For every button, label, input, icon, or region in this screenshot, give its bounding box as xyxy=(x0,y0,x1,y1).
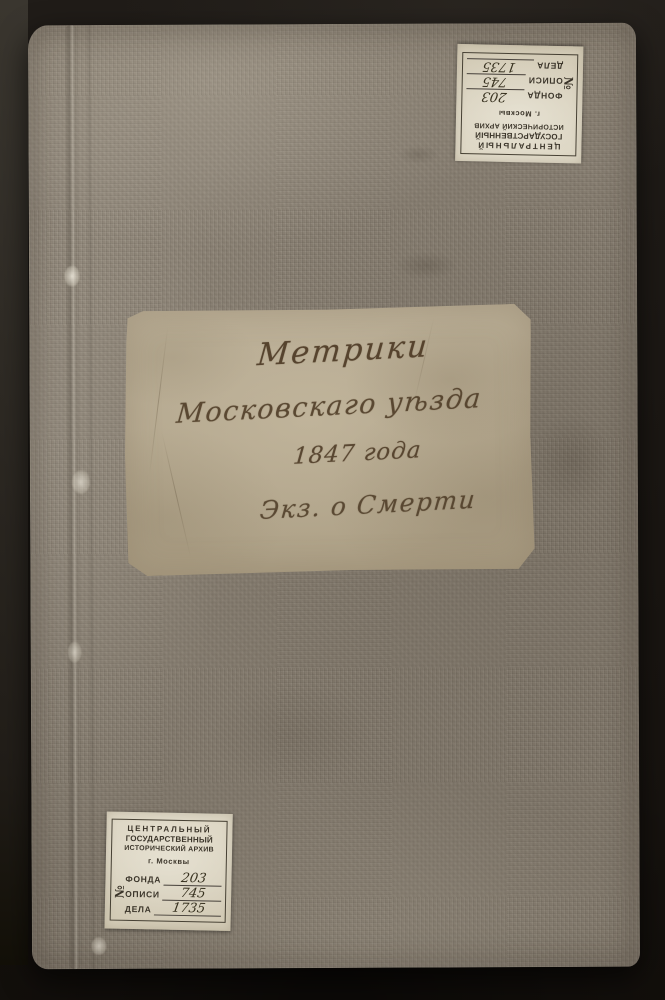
field-value-handwritten: 745 xyxy=(465,73,526,87)
fabric-stain xyxy=(381,245,471,285)
field-row-delo: ДЕЛА 1735 xyxy=(125,900,222,917)
numero-sign: № xyxy=(561,77,575,88)
title-label-paper: Метрики Московскаго уѣзда 1847 года Экз.… xyxy=(123,304,535,577)
frayed-spot xyxy=(88,933,110,959)
field-label: ОПИСИ xyxy=(528,74,563,86)
book-cover: ЦЕНТРАЛЬНЫЙ ГОСУДАРСТВЕННЫЙ ИСТОРИЧЕСКИЙ… xyxy=(28,23,640,970)
frayed-spot xyxy=(65,637,85,667)
frayed-spot xyxy=(68,465,94,499)
archive-field-rows: ФОНДА 203 ОПИСИ 745 ДЕЛА 1735 xyxy=(465,58,563,105)
field-label: ФОНДА xyxy=(527,89,563,101)
field-label: ФОНДА xyxy=(125,874,161,886)
paper-crease xyxy=(161,431,191,558)
field-value-handwritten: 203 xyxy=(464,88,524,102)
archive-city-line: г. Москвы xyxy=(465,107,573,119)
archive-label-bottom: ЦЕНТРАЛЬНЫЙ ГОСУДАРСТВЕННЫЙ ИСТОРИЧЕСКИЙ… xyxy=(104,811,232,931)
archive-name-line: ИСТОРИЧЕСКИЙ АРХИВ xyxy=(465,119,573,131)
fabric-stain xyxy=(388,141,448,167)
fabric-stain xyxy=(518,395,629,525)
field-value-handwritten: 1735 xyxy=(465,58,534,72)
fabric-stain xyxy=(181,664,402,805)
archive-label-top: ЦЕНТРАЛЬНЫЙ ГОСУДАРСТВЕННЫЙ ИСТОРИЧЕСКИЙ… xyxy=(455,44,583,164)
handwritten-title-line: 1847 года xyxy=(292,437,423,470)
numero-sign: № xyxy=(113,887,127,898)
archive-field-rows: ФОНДА 203 ОПИСИ 745 ДЕЛА 1735 xyxy=(125,870,223,917)
archive-name-line: ИСТОРИЧЕСКИЙ АРХИВ xyxy=(115,844,223,856)
field-value-handwritten: 203 xyxy=(163,873,223,887)
archive-label-frame: ЦЕНТРАЛЬНЫЙ ГОСУДАРСТВЕННЫЙ ИСТОРИЧЕСКИЙ… xyxy=(460,52,578,156)
photo-stage: ЦЕНТРАЛЬНЫЙ ГОСУДАРСТВЕННЫЙ ИСТОРИЧЕСКИЙ… xyxy=(0,0,665,1000)
field-row-opis: ОПИСИ 745 xyxy=(125,885,222,902)
field-row-fond: ФОНДА 203 xyxy=(125,870,222,887)
handwritten-title-line: Метрики xyxy=(256,328,431,373)
archive-city-line: г. Москвы xyxy=(115,856,223,868)
frayed-spot xyxy=(61,261,83,291)
field-value-handwritten: 745 xyxy=(162,888,223,902)
spine-fold-line xyxy=(86,25,96,969)
field-row-fond: ФОНДА 203 xyxy=(465,88,562,105)
background-shelf-edge xyxy=(0,0,28,965)
archive-fields: № ФОНДА 203 ОПИСИ 745 ДЕЛА 1735 xyxy=(465,58,574,105)
handwritten-title-line: Московскаго уѣзда xyxy=(175,383,483,430)
field-label: ОПИСИ xyxy=(125,889,160,901)
archive-label-frame: ЦЕНТРАЛЬНЫЙ ГОСУДАРСТВЕННЫЙ ИСТОРИЧЕСКИЙ… xyxy=(110,819,228,923)
archive-fields: № ФОНДА 203 ОПИСИ 745 ДЕЛА 1735 xyxy=(114,870,223,917)
field-label: ДЕЛА xyxy=(125,904,152,916)
handwritten-title-line: Экз. о Смерти xyxy=(259,485,478,525)
field-value-handwritten: 1735 xyxy=(153,902,222,916)
field-label: ДЕЛА xyxy=(536,60,563,72)
